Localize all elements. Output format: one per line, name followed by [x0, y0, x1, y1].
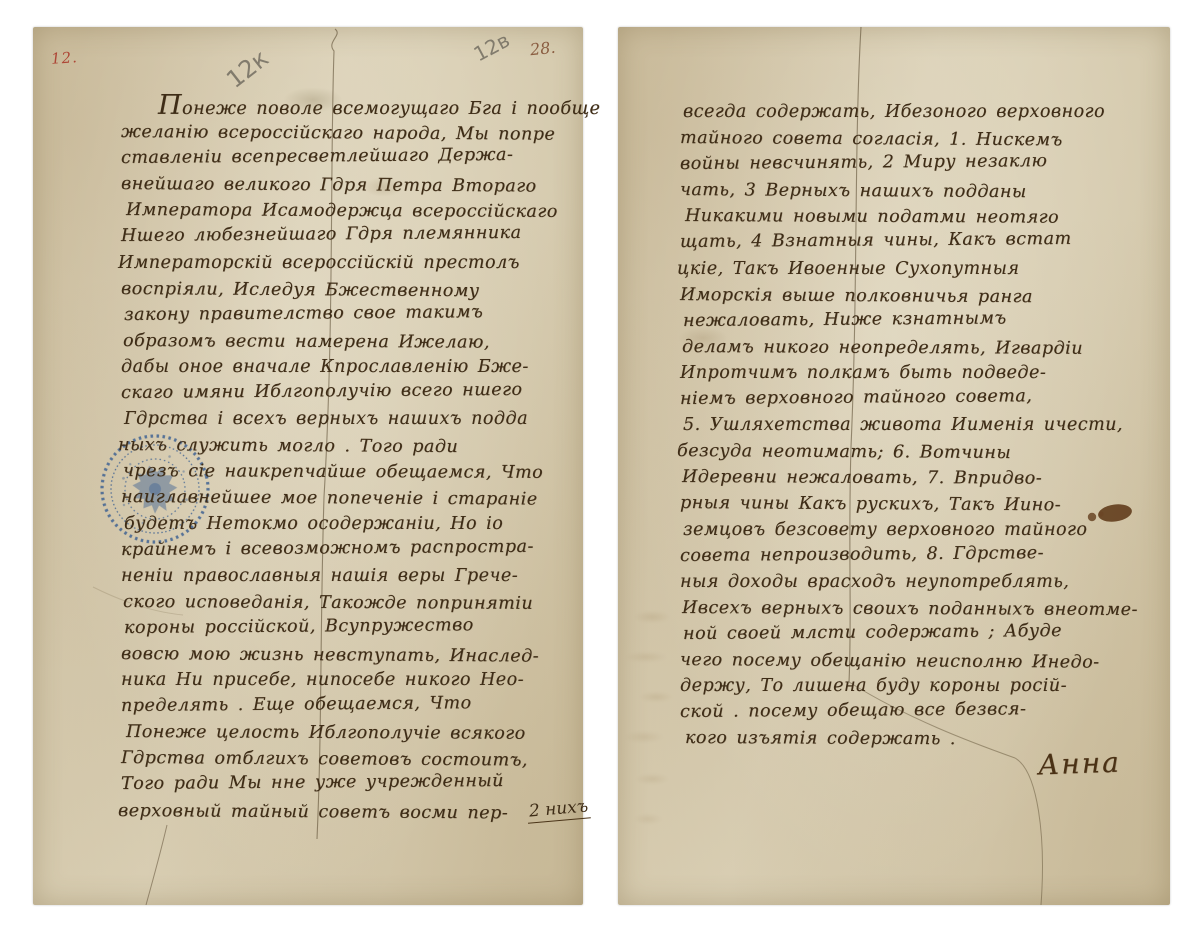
- manuscript-line: будетъ Нетокмо осодержанiи, Но iо: [124, 511, 583, 537]
- manuscript-line: ныя доходы врасходъ неупотреблять,: [680, 569, 1154, 595]
- manuscript-line: деламъ никого неопределять, Игвардiи: [682, 334, 1156, 362]
- manuscript-line: безсуда неотимать; 6. Вотчины: [677, 438, 1154, 467]
- manuscript-line: Гдрства i всехъ верныхъ нашихъ подда: [124, 406, 583, 432]
- manuscript-line: ныхъ служить могло . Того ради: [118, 432, 583, 461]
- manuscript-page-right: всегда содержать, Ибезоного верховногота…: [618, 27, 1170, 905]
- manuscript-line: наиглавнейшее мое попеченiе i старанiе: [121, 484, 583, 513]
- pencil-annotation-2: 12в: [470, 28, 514, 67]
- manuscript-line: Того ради Мы нне уже учрежденный: [121, 768, 583, 798]
- manuscript-line: Ншего любезнейшаго Гдря племянника: [121, 220, 583, 250]
- manuscript-line: чего посему обещанiю неисполню Инедо-: [680, 647, 1154, 676]
- manuscript-line: Идеревни нежаловать, 7. Впридво-: [682, 464, 1156, 492]
- manuscript-line: совета непроизводить, 8. Гдрстве-: [680, 539, 1154, 569]
- manuscript-line: ставленiи всепресветлейшаго Держа-: [121, 142, 583, 172]
- manuscript-line: ной своей млсти содержать ; Абуде: [683, 617, 1154, 647]
- manuscript-line: цкiе, Такъ Ивоенные Сухопутныя: [677, 256, 1154, 282]
- manuscript-line: чрезъ сiе наикрепчайше обещаемся, Что: [123, 458, 585, 486]
- manuscript-line: внейшаго великого Гдря Петра Втораго: [121, 171, 583, 200]
- manuscript-line: образомъ вести намерена Ижелаю,: [123, 328, 585, 356]
- manuscript-line: Понеже целость Иблгополучiе всякого: [126, 719, 585, 747]
- manuscript-text-right: всегда содержать, Ибезоного верховногота…: [680, 99, 1154, 751]
- manuscript-line: всегда содержать, Ибезоного верховного: [683, 99, 1154, 125]
- manuscript-text-left: Понеже поволе всемогущаго Бга i пообщеже…: [121, 93, 583, 824]
- manuscript-line: закону правителство свое такимъ: [124, 298, 583, 328]
- manuscript-line: нiемъ верховного тайного совета,: [680, 382, 1154, 412]
- manuscript-line: пределять . Еще обещаемся, Что: [121, 690, 583, 720]
- manuscript-line: верховный тайный советъ восми пер-: [118, 798, 583, 827]
- manuscript-line: ской . посему обещаю все безвся-: [680, 695, 1154, 725]
- manuscript-scan: 12. 12к 12в 28. Понеже поволе всемогущаг…: [0, 0, 1200, 932]
- manuscript-line: вовсю мою жизнь невступать, Инаслед-: [121, 641, 583, 670]
- manuscript-line: чать, 3 Верныхъ нашихъ подданы: [680, 177, 1154, 206]
- manuscript-line: ненiи православныя нашiя веры Грече-: [121, 563, 583, 589]
- manuscript-page-left: 12. 12к 12в 28. Понеже поволе всемогущаг…: [33, 27, 583, 905]
- pencil-annotation-1: 12к: [221, 44, 274, 94]
- manuscript-line: крайнемъ i всевозможномъ распростра-: [121, 533, 583, 563]
- manuscript-line: войны невсчинять, 2 Миру незаклю: [680, 147, 1154, 177]
- folio-number-red: 12.: [50, 48, 78, 68]
- corner-page-number: 28.: [529, 38, 556, 60]
- manuscript-line: нежаловать, Ниже кзнатнымъ: [683, 304, 1154, 334]
- manuscript-line: щать, 4 Взнатныя чины, Какъ встат: [680, 226, 1154, 256]
- manuscript-line: рныя чины Какъ рускихъ, Такъ Иино-: [680, 490, 1154, 519]
- manuscript-line: короны россiйской, Всупружество: [124, 611, 583, 641]
- anna-signature: Анна: [1037, 746, 1121, 782]
- ink-showthrough: [622, 587, 688, 847]
- manuscript-line: Императорскiй всероссiйскiй престолъ: [118, 250, 583, 276]
- manuscript-line: земцовъ безсовету верховного тайного: [683, 517, 1154, 543]
- manuscript-line: Понеже поволе всемогущаго Бга i пообще: [124, 93, 583, 119]
- manuscript-line: скаго имяни Иблгополучiю всего ншего: [121, 376, 583, 406]
- manuscript-line: 5. Ушляхетства живота Иименiя ичести,: [683, 412, 1154, 438]
